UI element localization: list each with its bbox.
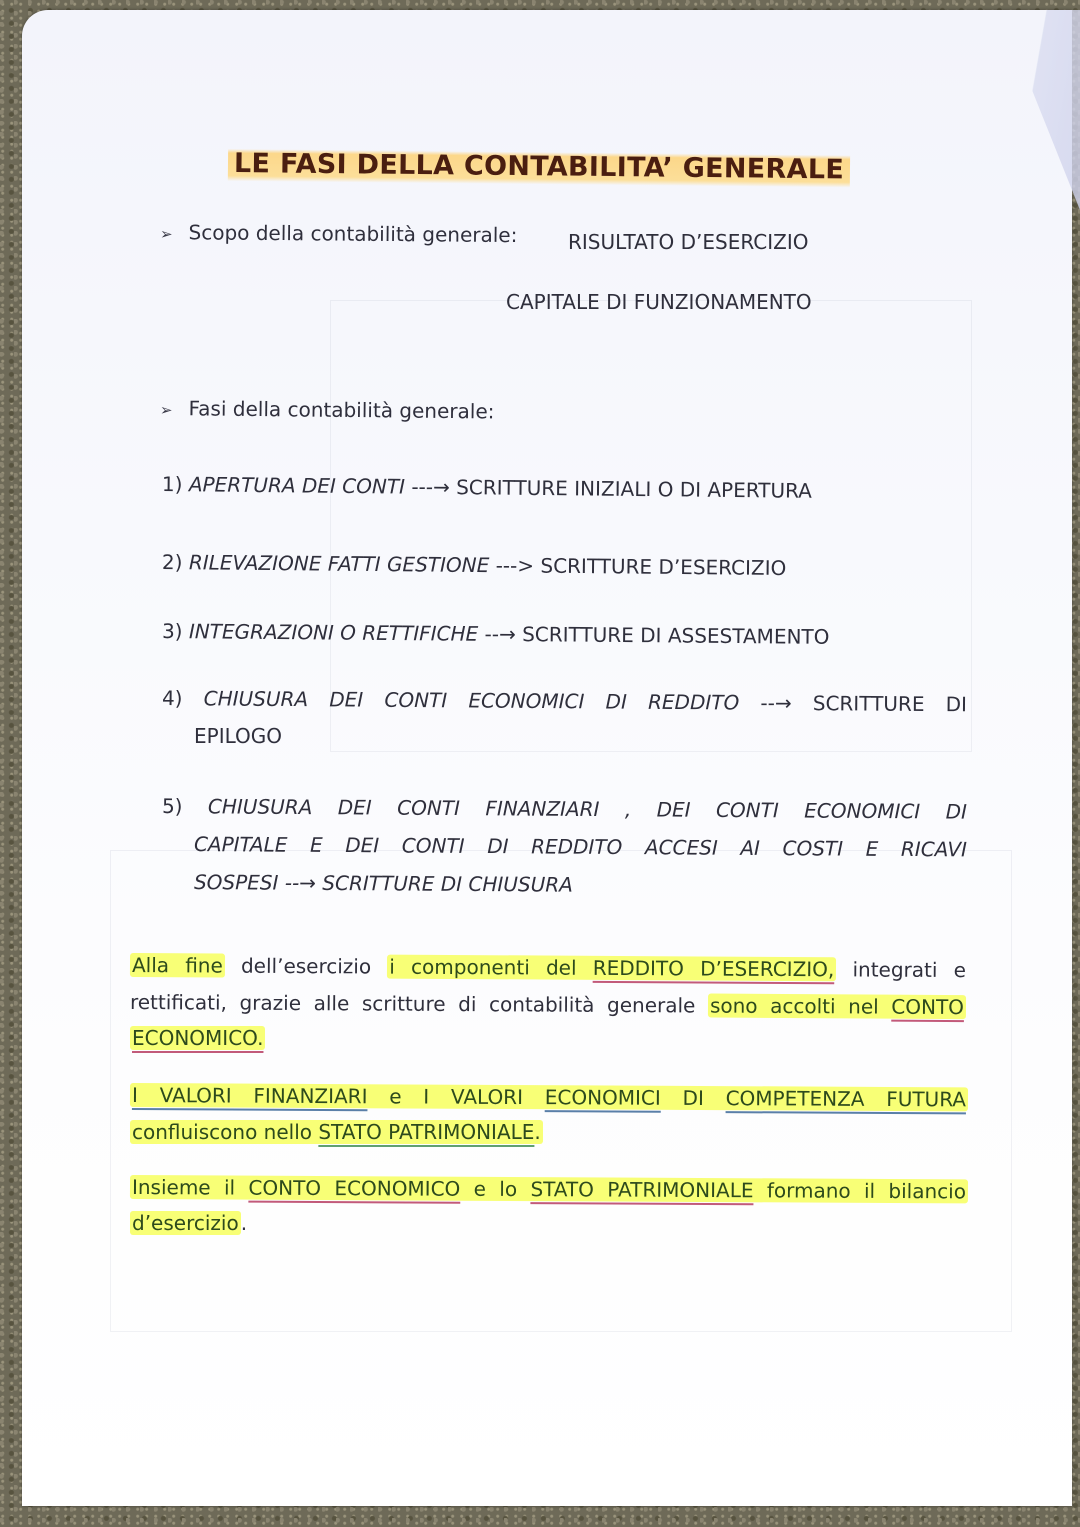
phase-name: INTEGRAZIONI O RETTIFICHE <box>189 619 479 646</box>
phase-4-line-2: EPILOGO <box>194 724 282 748</box>
paragraph-3-line-1: Insieme il CONTO ECONOMICO e lo STATO PA… <box>130 1175 968 1203</box>
phase-arrow: --→ <box>760 691 791 715</box>
highlight: d’esercizio <box>130 1211 241 1235</box>
phase-4-line-1: 4) CHIUSURA DEI CONTI ECONOMICI DI REDDI… <box>162 686 967 716</box>
phase-result: SCRITTURE INIZIALI O DI APERTURA <box>456 475 812 503</box>
phases-heading: ➢Fasi della contabilità generale: <box>160 396 495 424</box>
phase-result: SCRITTURE DI ASSESTAMENTO <box>522 622 829 649</box>
phase-number: 4) <box>162 686 183 710</box>
text: confluiscono nello <box>132 1120 318 1144</box>
highlight: confluiscono nello STATO PATRIMONIALE. <box>130 1120 543 1144</box>
text: formano il bilancio <box>753 1178 966 1203</box>
title-highlight: LE FASI DELLA CONTABILITA’ GENERALE <box>228 146 850 188</box>
underlined-term: REDDITO D’ESERCIZIO, <box>593 956 835 981</box>
text: rettificati, grazie alle scritture di co… <box>130 990 708 1018</box>
text: integrati e <box>836 957 966 982</box>
phase-arrow: --→ <box>285 871 316 895</box>
phase-3: 3) INTEGRAZIONI O RETTIFICHE --→ SCRITTU… <box>162 619 830 649</box>
paragraph-1-line-1: Alla fine dell’esercizio i componenti de… <box>130 953 966 982</box>
underlined-term: STATO PATRIMONIALE <box>530 1177 753 1202</box>
text: e <box>367 1084 423 1108</box>
paragraph-1-line-2: rettificati, grazie alle scritture di co… <box>130 990 966 1019</box>
phase-number: 2) <box>162 550 183 574</box>
phase-number: 3) <box>162 619 183 643</box>
phase-number: 1) <box>162 472 183 496</box>
paragraph-2-line-2: confluiscono nello STATO PATRIMONIALE. <box>130 1120 543 1144</box>
phase-5-line-1: 5) CHIUSURA DEI CONTI FINANZIARI , DEI C… <box>162 794 967 824</box>
underlined-term: COMPETENZA FUTURA <box>726 1086 966 1111</box>
arrowhead-bullet-icon: ➢ <box>160 225 173 243</box>
paragraph-3-line-2: d’esercizio. <box>130 1211 247 1235</box>
phase-name: SOSPESI <box>194 870 279 895</box>
underlined-term: ECONOMICI <box>545 1085 661 1110</box>
phase-arrow: ---→ <box>411 475 450 499</box>
text: I VALORI <box>423 1085 545 1110</box>
scope-label: Scopo della contabilità generale: <box>188 220 517 247</box>
phase-result: SCRITTURE DI <box>813 691 967 716</box>
highlight: ECONOMICO. <box>130 1026 265 1050</box>
text: e lo <box>460 1177 530 1201</box>
underlined-term: I VALORI FINANZIARI <box>132 1083 368 1108</box>
underlined-term: CONTO <box>891 995 964 1019</box>
underlined-term: STATO PATRIMONIALE <box>318 1120 534 1144</box>
paragraph-2-line-1: I VALORI FINANZIARI e I VALORI ECONOMICI… <box>130 1083 968 1111</box>
phase-text: CHIUSURA DEI CONTI FINANZIARI , DEI CONT… <box>208 794 967 823</box>
paragraph-1-line-3: ECONOMICO. <box>130 1026 265 1050</box>
phase-result: SCRITTURE DI CHIUSURA <box>322 871 573 897</box>
scope-value-1: RISULTATO D’ESERCIZIO <box>568 230 808 254</box>
underlined-term: CONTO ECONOMICO <box>248 1176 460 1201</box>
scope-line: ➢Scopo della contabilità generale: <box>160 220 518 247</box>
phases-heading-text: Fasi della contabilità generale: <box>188 396 494 423</box>
document-page: LE FASI DELLA CONTABILITA’ GENERALE ➢Sco… <box>0 0 1080 1527</box>
highlight: Insieme il CONTO ECONOMICO e lo STATO PA… <box>130 1175 968 1203</box>
highlight: I VALORI FINANZIARI e I VALORI ECONOMICI… <box>130 1083 968 1111</box>
phase-name: RILEVAZIONE FATTI GESTIONE <box>189 550 490 577</box>
text: . <box>241 1211 247 1235</box>
text: i componenti del <box>389 955 593 980</box>
phase-2: 2) RILEVAZIONE FATTI GESTIONE ---> SCRIT… <box>162 550 787 580</box>
text: dell’esercizio <box>225 954 388 979</box>
phase-result: SCRITTURE D’ESERCIZIO <box>540 554 786 580</box>
phase-5-line-3: SOSPESI --→ SCRITTURE DI CHIUSURA <box>194 870 573 897</box>
page-title: LE FASI DELLA CONTABILITA’ GENERALE <box>228 148 850 186</box>
phase-5-line-2: CAPITALE E DEI CONTI DI REDDITO ACCESI A… <box>194 832 967 861</box>
phase-arrow: ---> <box>496 553 535 577</box>
phase-arrow: --→ <box>484 622 515 646</box>
text: sono accolti nel <box>710 994 891 1019</box>
highlight: Alla fine <box>130 953 225 978</box>
phase-name: APERTURA DEI CONTI <box>189 472 405 498</box>
arrowhead-bullet-icon: ➢ <box>160 401 173 419</box>
text: DI <box>661 1086 726 1110</box>
scope-value-2: CAPITALE DI FUNZIONAMENTO <box>506 290 812 314</box>
phase-1: 1) APERTURA DEI CONTI ---→ SCRITTURE INI… <box>162 472 812 503</box>
phase-number: 5) <box>162 794 183 818</box>
highlight: i componenti del REDDITO D’ESERCIZIO, <box>387 955 836 982</box>
text: . <box>534 1120 540 1144</box>
text: Insieme il <box>132 1175 249 1200</box>
phase-name: CHIUSURA DEI CONTI ECONOMICI DI REDDITO <box>204 686 740 714</box>
highlight: sono accolti nel CONTO <box>708 994 966 1020</box>
